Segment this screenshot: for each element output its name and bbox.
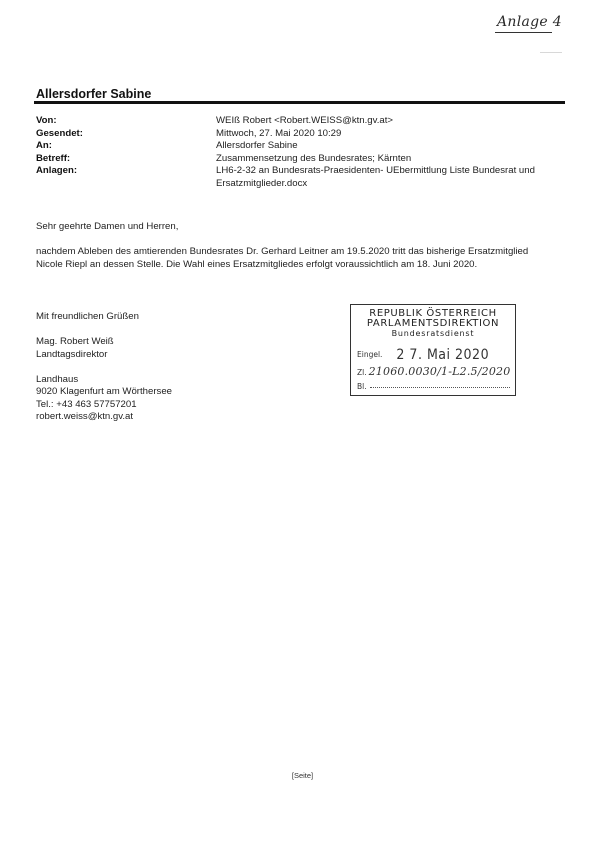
stamp-sheet-row: Bl. bbox=[357, 382, 510, 391]
page-footer: [Seite] bbox=[0, 771, 605, 780]
field-value: Allersdorfer Sabine bbox=[216, 140, 556, 153]
attachment-name: LH6-2-32 an Bundesrats-Praesidenten- UEb… bbox=[216, 165, 556, 190]
field-value: Zusammensetzung des Bundesrates; Kärnten bbox=[216, 153, 556, 166]
field-from: Von: WEIß Robert <Robert.WEISS@ktn.gv.at… bbox=[36, 115, 556, 128]
address-line-2: 9020 Klagenfurt am Wörthersee bbox=[36, 386, 172, 399]
stamp-service: Bundesratsdienst bbox=[351, 329, 515, 339]
receipt-stamp: REPUBLIK ÖSTERREICH PARLAMENTSDIREKTION … bbox=[350, 304, 516, 396]
field-value: WEIß Robert <Robert.WEISS@ktn.gv.at> bbox=[216, 115, 556, 128]
annex-label-text: Anlage 4 bbox=[497, 14, 562, 30]
heading-divider bbox=[34, 101, 565, 104]
field-sent: Gesendet: Mittwoch, 27. Mai 2020 10:29 bbox=[36, 128, 556, 141]
closing: Mit freundlichen Grüßen bbox=[36, 311, 172, 324]
field-subject: Betreff: Zusammensetzung des Bundesrates… bbox=[36, 153, 556, 166]
field-label: Betreff: bbox=[36, 153, 216, 166]
field-value: Mittwoch, 27. Mai 2020 10:29 bbox=[216, 128, 556, 141]
stamp-directorate: PARLAMENTSDIREKTION bbox=[351, 319, 515, 329]
salutation: Sehr geehrte Damen und Herren, bbox=[36, 221, 556, 234]
signature-name: Mag. Robert Weiß bbox=[36, 336, 172, 349]
body-paragraph: nachdem Ableben des amtierenden Bundesra… bbox=[36, 246, 556, 271]
reference-label: Zl. bbox=[357, 368, 367, 377]
pencil-mark bbox=[540, 52, 562, 53]
signature-email: robert.weiss@ktn.gv.at bbox=[36, 411, 172, 424]
handwritten-annex-label: Anlage 4 bbox=[497, 14, 562, 30]
received-label: Eingel. bbox=[357, 350, 382, 359]
field-label: Gesendet: bbox=[36, 128, 216, 141]
sheet-dotted-line bbox=[370, 387, 510, 388]
sheet-label: Bl. bbox=[357, 382, 367, 391]
stamp-reference-row: Zl.21060.0030/1-L2.5/2020 bbox=[357, 365, 510, 378]
signature-title: Landtagsdirektor bbox=[36, 349, 172, 362]
field-label: An: bbox=[36, 140, 216, 153]
field-label: Anlagen: bbox=[36, 165, 216, 190]
field-label: Von: bbox=[36, 115, 216, 128]
reference-number: 21060.0030/1-L2.5/2020 bbox=[369, 365, 511, 378]
annex-label-underline bbox=[495, 32, 552, 33]
received-date: 2 7. Mai 2020 bbox=[396, 347, 489, 363]
stamp-received-row: Eingel.2 7. Mai 2020 bbox=[357, 347, 489, 363]
phone-number: Tel.: +43 463 57757201 bbox=[36, 399, 172, 412]
email-header-fields: Von: WEIß Robert <Robert.WEISS@ktn.gv.at… bbox=[36, 115, 556, 190]
address-line-1: Landhaus bbox=[36, 374, 172, 387]
field-attachments: Anlagen: LH6-2-32 an Bundesrats-Praeside… bbox=[36, 165, 556, 190]
closing-and-signature: Mit freundlichen Grüßen Mag. Robert Weiß… bbox=[36, 311, 172, 424]
mailbox-owner-heading: Allersdorfer Sabine bbox=[36, 87, 151, 101]
email-body: Sehr geehrte Damen und Herren, nachdem A… bbox=[36, 221, 556, 284]
field-to: An: Allersdorfer Sabine bbox=[36, 140, 556, 153]
